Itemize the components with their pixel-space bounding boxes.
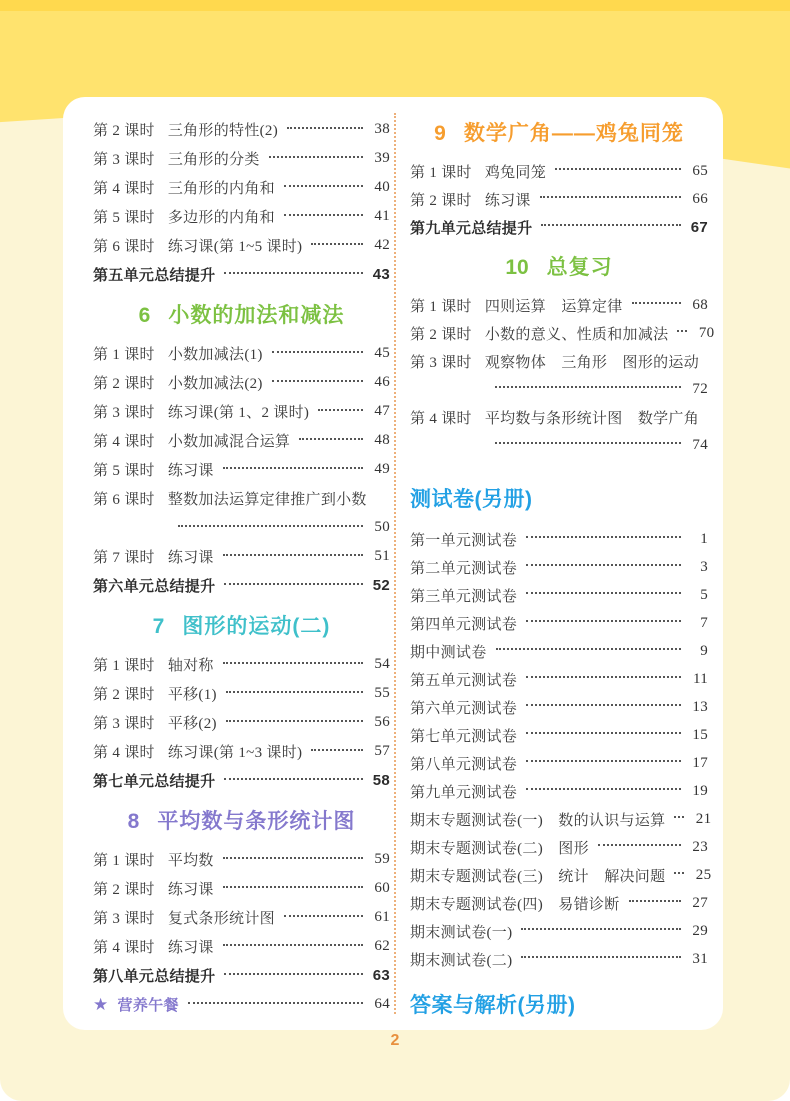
dotted-leader (677, 330, 687, 332)
contents-card: 第 2 课时三角形的特性(2)38第 3 课时三角形的分类39第 4 课时三角形… (63, 97, 723, 1030)
lesson-label: 第 2 课时 (93, 372, 155, 393)
toc-row: 第 4 课时平均数与条形统计图 数学广角74 (410, 403, 708, 459)
lesson-title: 多边形的内角和 (168, 206, 275, 227)
section-number: 6 (139, 299, 151, 333)
toc-row-line1: 第 4 课时平均数与条形统计图 数学广角 (410, 403, 708, 431)
toc-row: 第二单元测试卷3 (410, 553, 708, 581)
toc-row: 第 1 课时四则运算 运算定律68 (410, 291, 708, 319)
toc-row: 第 5 课时练习课49 (93, 455, 390, 484)
page-ref: 62 (368, 938, 390, 955)
page-ref: 25 (689, 867, 711, 884)
toc-row: 第 2 课时小数的意义、性质和加减法70 (410, 319, 708, 347)
page-ref: 1 (686, 531, 708, 548)
lesson-title: 平移(2) (168, 712, 217, 733)
dotted-leader (299, 438, 363, 440)
lesson-title: 三角形的特性(2) (168, 119, 278, 140)
section-header: 9数学广角——鸡兔同笼 (410, 117, 708, 151)
lesson-label: 第 4 课时 (93, 430, 155, 451)
section-number: 9 (434, 117, 446, 151)
dotted-leader (223, 554, 363, 556)
lesson-title: 期中测试卷 (410, 641, 487, 662)
dotted-leader (526, 536, 681, 538)
lesson-label: 第 4 课时 (93, 177, 155, 198)
dotted-leader (284, 915, 363, 917)
dotted-leader (674, 816, 684, 818)
toc-row: 第 5 课时多边形的内角和41 (93, 202, 390, 231)
lesson-title: 第六单元总结提升 (93, 575, 215, 596)
section-title: 答案与解析(另册) (410, 989, 576, 1023)
dotted-leader (629, 900, 682, 902)
page-ref: 67 (686, 219, 708, 236)
section-header: 7图形的运动(二) (93, 610, 390, 644)
lesson-title: 观察物体 三角形 图形的运动 (485, 351, 699, 372)
toc-row: 第三单元测试卷5 (410, 581, 708, 609)
dotted-leader (526, 760, 681, 762)
dotted-leader (226, 691, 363, 693)
toc-row: 期末专题测试卷(四) 易错诊断27 (410, 889, 708, 917)
lesson-label: 第 2 课时 (410, 323, 472, 344)
dotted-leader (223, 886, 363, 888)
page-ref: 54 (368, 656, 390, 673)
column-divider-dotted-line (394, 113, 396, 1014)
toc-row: 期末测试卷(二)31 (410, 945, 708, 973)
toc-row: 第 2 课时三角形的特性(2)38 (93, 115, 390, 144)
lesson-title: 期末测试卷(二) (410, 949, 512, 970)
page-ref: 19 (686, 783, 708, 800)
toc-row: 第 4 课时练习课62 (93, 932, 390, 961)
lesson-title: 练习课(第 1~3 课时) (168, 741, 303, 762)
lesson-label: 第 5 课时 (93, 459, 155, 480)
lesson-label: 第 1 课时 (93, 849, 155, 870)
toc-row: 第 3 课时三角形的分类39 (93, 144, 390, 173)
lesson-title: 第九单元总结提升 (410, 217, 532, 238)
page-ref: 74 (686, 437, 708, 454)
toc-right-column: 9数学广角——鸡兔同笼第 1 课时鸡兔同笼65第 2 课时练习课66第九单元总结… (410, 115, 708, 1023)
dotted-leader (526, 732, 681, 734)
lesson-title: 练习课 (168, 936, 214, 957)
page-ref: 23 (686, 839, 708, 856)
lesson-title: 营养午餐 (118, 994, 179, 1015)
dotted-leader (495, 442, 681, 444)
dotted-leader (224, 272, 363, 274)
page-ref: 59 (368, 851, 390, 868)
toc-row: 第 7 课时练习课51 (93, 542, 390, 571)
toc-row: ★营养午餐64 (93, 990, 390, 1019)
dotted-leader (318, 409, 363, 411)
page-ref: 41 (368, 208, 390, 225)
dotted-leader (521, 956, 681, 958)
page-ref: 61 (368, 909, 390, 926)
section-title: 数学广角——鸡兔同笼 (464, 117, 684, 151)
lesson-label: 第 3 课时 (93, 148, 155, 169)
lesson-label: 第 6 课时 (93, 235, 155, 256)
dotted-leader (287, 127, 363, 129)
toc-row: 期中测试卷9 (410, 637, 708, 665)
star-icon: ★ (93, 996, 109, 1013)
dotted-leader (272, 351, 363, 353)
lesson-title: 小数的意义、性质和加减法 (485, 323, 669, 344)
lesson-title: 复式条形统计图 (168, 907, 275, 928)
toc-row: 第六单元总结提升52 (93, 571, 390, 600)
toc-row: 期末专题测试卷(三) 统计 解决问题25 (410, 861, 708, 889)
lesson-title: 练习课 (168, 546, 214, 567)
lesson-title: 第六单元测试卷 (410, 697, 517, 718)
dotted-leader (526, 704, 681, 706)
section-title: 总复习 (547, 251, 613, 285)
lesson-label: 第 4 课时 (93, 936, 155, 957)
dotted-leader (541, 224, 681, 226)
toc-row: 第五单元测试卷11 (410, 665, 708, 693)
lesson-title: 三角形的内角和 (168, 177, 275, 198)
toc-row: 第 2 课时练习课60 (93, 874, 390, 903)
lesson-title: 鸡兔同笼 (485, 161, 546, 182)
lesson-title: 三角形的分类 (168, 148, 260, 169)
toc-row: 第 4 课时小数加减混合运算48 (93, 426, 390, 455)
toc-row-line1: 第 3 课时观察物体 三角形 图形的运动 (410, 347, 708, 375)
page-ref: 68 (686, 297, 708, 314)
toc-row: 第七单元测试卷15 (410, 721, 708, 749)
dotted-leader (269, 156, 363, 158)
page-ref: 42 (368, 237, 390, 254)
lesson-label: 第 5 课时 (93, 206, 155, 227)
toc-row: 第 2 课时小数加减法(2)46 (93, 368, 390, 397)
lesson-title: 第五单元总结提升 (93, 264, 215, 285)
dotted-leader (632, 302, 681, 304)
toc-row-line2: 50 (93, 513, 390, 542)
dotted-leader (223, 944, 363, 946)
lesson-title: 第七单元总结提升 (93, 770, 215, 791)
page-ref: 63 (368, 967, 390, 984)
lesson-title: 第五单元测试卷 (410, 669, 517, 690)
lesson-title: 小数加减法(1) (168, 343, 263, 364)
section-title: 平均数与条形统计图 (157, 805, 355, 839)
toc-row: 第 4 课时练习课(第 1~3 课时)57 (93, 737, 390, 766)
toc-row-line1: 第 6 课时整数加法运算定律推广到小数 (93, 484, 390, 513)
toc-row: 期末专题测试卷(一) 数的认识与运算21 (410, 805, 708, 833)
toc-row: 第 6 课时整数加法运算定律推广到小数50 (93, 484, 390, 542)
dotted-leader (272, 380, 363, 382)
lesson-title: 小数加减混合运算 (168, 430, 290, 451)
lesson-title: 练习课(第 1、2 课时) (168, 401, 309, 422)
toc-row-line2: 74 (410, 431, 708, 459)
dotted-leader (226, 720, 363, 722)
toc-row-line2: 72 (410, 375, 708, 403)
toc-row: 第四单元测试卷7 (410, 609, 708, 637)
dotted-leader (526, 676, 681, 678)
page-ref: 45 (368, 345, 390, 362)
dotted-leader (540, 196, 681, 198)
lesson-label: 第 3 课时 (93, 401, 155, 422)
page-ref: 51 (368, 548, 390, 565)
toc-row: 期末测试卷(一)29 (410, 917, 708, 945)
lesson-title: 练习课 (485, 189, 531, 210)
dotted-leader (495, 386, 681, 388)
section-number: 8 (128, 805, 140, 839)
lesson-title: 四则运算 运算定律 (485, 295, 623, 316)
lesson-label: 第 3 课时 (410, 351, 472, 372)
page-ref: 11 (686, 671, 708, 688)
page-ref: 40 (368, 179, 390, 196)
lesson-label: 第 1 课时 (93, 343, 155, 364)
page-ref: 72 (686, 381, 708, 398)
lesson-label: 第 2 课时 (410, 189, 472, 210)
page-ref: 50 (368, 519, 390, 536)
dotted-leader (223, 467, 363, 469)
page-ref: 64 (368, 996, 390, 1013)
page-ref: 52 (368, 577, 390, 594)
lesson-label: 第 4 课时 (410, 407, 472, 428)
dotted-leader (284, 214, 363, 216)
toc-row: 第八单元测试卷17 (410, 749, 708, 777)
dotted-leader (224, 973, 363, 975)
toc-row: 第 3 课时练习课(第 1、2 课时)47 (93, 397, 390, 426)
lesson-label: 第 2 课时 (93, 878, 155, 899)
toc-row: 期末专题测试卷(二) 图形23 (410, 833, 708, 861)
lesson-title: 第四单元测试卷 (410, 613, 517, 634)
lesson-label: 第 4 课时 (93, 741, 155, 762)
lesson-title: 期末测试卷(一) (410, 921, 512, 942)
page-ref: 58 (368, 772, 390, 789)
toc-row: 第 4 课时三角形的内角和40 (93, 173, 390, 202)
toc-left-column: 第 2 课时三角形的特性(2)38第 3 课时三角形的分类39第 4 课时三角形… (93, 115, 390, 1019)
section-title: 测试卷(另册) (410, 483, 533, 517)
lesson-title: 平均数 (168, 849, 214, 870)
page-ref: 55 (368, 685, 390, 702)
dotted-leader (598, 844, 681, 846)
section-number: 7 (153, 610, 165, 644)
page-ref: 56 (368, 714, 390, 731)
page-ref: 5 (686, 587, 708, 604)
lesson-title: 轴对称 (168, 654, 214, 675)
page-ref: 65 (686, 163, 708, 180)
lesson-title: 平均数与条形统计图 数学广角 (485, 407, 699, 428)
page-ref: 31 (686, 951, 708, 968)
toc-row: 第 1 课时平均数59 (93, 845, 390, 874)
page-ref: 3 (686, 559, 708, 576)
dotted-leader (284, 185, 363, 187)
lesson-label: 第 2 课时 (93, 683, 155, 704)
page-ref: 47 (368, 403, 390, 420)
dotted-leader (526, 564, 681, 566)
toc-row: 第九单元测试卷19 (410, 777, 708, 805)
section-title: 图形的运动(二) (182, 610, 330, 644)
toc-row: 第 3 课时复式条形统计图61 (93, 903, 390, 932)
lesson-label: 第 1 课时 (93, 654, 155, 675)
toc-row: 第 3 课时平移(2)56 (93, 708, 390, 737)
page-ref: 39 (368, 150, 390, 167)
page-ref: 9 (686, 643, 708, 660)
lesson-title: 期末专题测试卷(二) 图形 (410, 837, 589, 858)
section-header: 测试卷(另册) (410, 483, 708, 517)
dotted-leader (223, 662, 363, 664)
page-ref: 60 (368, 880, 390, 897)
lesson-title: 第七单元测试卷 (410, 725, 517, 746)
page-ref: 29 (686, 923, 708, 940)
lesson-title: 第一单元测试卷 (410, 529, 517, 550)
section-header: 8平均数与条形统计图 (93, 805, 390, 839)
lesson-label: 第 1 课时 (410, 295, 472, 316)
lesson-title: 期末专题测试卷(四) 易错诊断 (410, 893, 620, 914)
lesson-title: 第二单元测试卷 (410, 557, 517, 578)
book-page: 第 2 课时三角形的特性(2)38第 3 课时三角形的分类39第 4 课时三角形… (0, 0, 790, 1101)
page-ref: 21 (689, 811, 711, 828)
dotted-leader (526, 788, 681, 790)
page-ref: 48 (368, 432, 390, 449)
lesson-title: 期末专题测试卷(三) 统计 解决问题 (410, 865, 665, 886)
dotted-leader (223, 857, 363, 859)
section-number: 10 (505, 251, 528, 285)
top-yellow-stripe (0, 0, 790, 11)
page-ref: 43 (368, 266, 390, 283)
lesson-label: 第 1 课时 (410, 161, 472, 182)
dotted-leader (674, 872, 684, 874)
dotted-leader (224, 583, 363, 585)
toc-row: 第 3 课时观察物体 三角形 图形的运动72 (410, 347, 708, 403)
toc-row: 第七单元总结提升58 (93, 766, 390, 795)
page-number: 2 (0, 1032, 790, 1050)
toc-row: 第九单元总结提升67 (410, 213, 708, 241)
toc-row: 第六单元测试卷13 (410, 693, 708, 721)
section-title: 小数的加法和减法 (168, 299, 344, 333)
page-ref: 70 (692, 325, 714, 342)
lesson-label: 第 2 课时 (93, 119, 155, 140)
section-header: 答案与解析(另册) (410, 989, 708, 1023)
toc-row: 第一单元测试卷1 (410, 525, 708, 553)
toc-row: 第 2 课时平移(1)55 (93, 679, 390, 708)
section-header: 6小数的加法和减法 (93, 299, 390, 333)
lesson-label: 第 3 课时 (93, 907, 155, 928)
dotted-leader (224, 778, 363, 780)
lesson-title: 期末专题测试卷(一) 数的认识与运算 (410, 809, 665, 830)
dotted-leader (521, 928, 681, 930)
lesson-title: 练习课(第 1~5 课时) (168, 235, 303, 256)
toc-row: 第八单元总结提升63 (93, 961, 390, 990)
dotted-leader (311, 243, 363, 245)
lesson-label: 第 7 课时 (93, 546, 155, 567)
page-ref: 38 (368, 121, 390, 138)
toc-row: 第 2 课时练习课66 (410, 185, 708, 213)
page-ref: 17 (686, 755, 708, 772)
toc-row: 第 1 课时轴对称54 (93, 650, 390, 679)
page-ref: 57 (368, 743, 390, 760)
dotted-leader (526, 592, 681, 594)
lesson-title: 练习课 (168, 459, 214, 480)
lesson-title: 第九单元测试卷 (410, 781, 517, 802)
toc-row: 第 1 课时小数加减法(1)45 (93, 339, 390, 368)
lesson-title: 第八单元测试卷 (410, 753, 517, 774)
page-ref: 49 (368, 461, 390, 478)
lesson-title: 第八单元总结提升 (93, 965, 215, 986)
toc-row: 第五单元总结提升43 (93, 260, 390, 289)
dotted-leader (555, 168, 681, 170)
section-header: 10总复习 (410, 251, 708, 285)
page-ref: 66 (686, 191, 708, 208)
dotted-leader (311, 749, 363, 751)
lesson-title: 第三单元测试卷 (410, 585, 517, 606)
toc-row: 第 6 课时练习课(第 1~5 课时)42 (93, 231, 390, 260)
lesson-title: 整数加法运算定律推广到小数 (168, 488, 367, 509)
lesson-label: 第 6 课时 (93, 488, 155, 509)
page-ref: 46 (368, 374, 390, 391)
dotted-leader (178, 525, 363, 527)
page-ref: 15 (686, 727, 708, 744)
lesson-title: 练习课 (168, 878, 214, 899)
page-ref: 13 (686, 699, 708, 716)
page-ref: 27 (686, 895, 708, 912)
page-ref: 7 (686, 615, 708, 632)
toc-row: 第 1 课时鸡兔同笼65 (410, 157, 708, 185)
lesson-label: 第 3 课时 (93, 712, 155, 733)
dotted-leader (496, 648, 681, 650)
dotted-leader (188, 1002, 363, 1004)
lesson-title: 平移(1) (168, 683, 217, 704)
dotted-leader (526, 620, 681, 622)
lesson-title: 小数加减法(2) (168, 372, 263, 393)
